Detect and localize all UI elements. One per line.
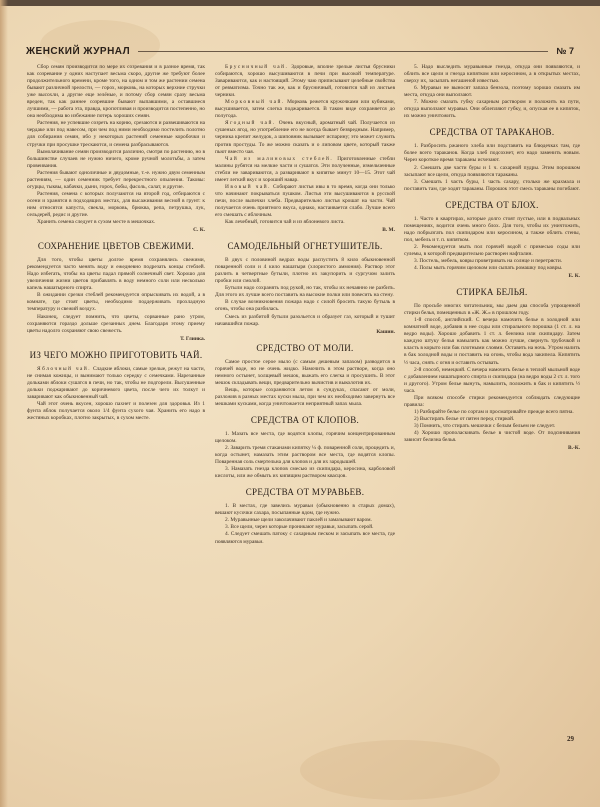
paper-stain bbox=[300, 740, 500, 800]
page-header: ЖЕНСКИЙ ЖУРНАЛ № 7 bbox=[26, 44, 574, 58]
paragraph: Бутыли надо сохранять под рукой, но так,… bbox=[215, 285, 395, 299]
paragraph: 2. Смешать две части буры и 1 ч. сахарно… bbox=[404, 165, 580, 179]
paragraph: Как лечебный, готовится чай и из яблонев… bbox=[215, 219, 395, 226]
bedbugs-article: СРЕДСТВА ОТ КЛОПОВ. 1. Мазать все места,… bbox=[215, 415, 395, 480]
signature: С. К. bbox=[27, 227, 205, 234]
signature: В. М. bbox=[215, 227, 395, 234]
paragraph: 4. Полы мыть горячим щелоком или сыпать … bbox=[404, 265, 580, 272]
paragraph: Хранить семена следует в сухом месте в м… bbox=[27, 219, 205, 226]
magazine-title: ЖЕНСКИЙ ЖУРНАЛ bbox=[26, 46, 130, 57]
signature: В.-К. bbox=[404, 445, 580, 452]
paragraph: 3. Постель, мебель, ковры проветривать н… bbox=[404, 258, 580, 265]
fleas-article: СРЕДСТВА ОТ БЛОХ. 1. Часто в квартирах, … bbox=[404, 200, 580, 280]
paragraph: 1. Мазать все места, где водятся клопы, … bbox=[215, 431, 395, 445]
lead-term: Чай из малиновых стеблей. bbox=[225, 156, 333, 162]
paragraph: Ягодный чай. Очень вкусный, ароматный ча… bbox=[215, 120, 395, 155]
paragraph: 3) Помнить, что стирать мешочки с белым … bbox=[404, 423, 580, 430]
paragraph: Вымолачивание семян производится различн… bbox=[27, 149, 205, 170]
page-number: 29 bbox=[567, 735, 574, 743]
cockroaches-article: СРЕДСТВА ОТ ТАРАКАНОВ. 1. Разбросить ржа… bbox=[404, 127, 580, 192]
paragraph: Растения, не успевшие созреть на корню, … bbox=[27, 120, 205, 148]
paragraph: Растения бывают одноличные и двудомные, … bbox=[27, 170, 205, 191]
article-heading: СРЕДСТВА ОТ МУРАВЬЕВ. bbox=[215, 487, 395, 498]
article-heading: СРЕДСТВА ОТ БЛОХ. bbox=[404, 200, 580, 211]
paragraph: 3. Намазать гнезда клопов смесью из скип… bbox=[215, 466, 395, 480]
lead-term: Ягодный чай. bbox=[225, 120, 276, 126]
seed-article: Сбор семян производится по мере их созре… bbox=[27, 64, 205, 234]
article-heading: ИЗ ЧЕГО МОЖНО ПРИГОТОВИТЬ ЧАЙ. bbox=[27, 350, 205, 361]
paragraph: 4) Хорошо прополаскивать белье в чистой … bbox=[404, 430, 580, 444]
paragraph: 5. Надо выследить муравьиные гнезда, отк… bbox=[404, 64, 580, 85]
signature: Кашин. bbox=[215, 329, 395, 336]
extinguisher-article: САМОДЕЛЬНЫЙ ОГНЕТУШИТЕЛЬ. В двух с полов… bbox=[215, 241, 395, 336]
column-3: 5. Надо выследить муравьиные гнезда, отк… bbox=[404, 64, 580, 456]
laundry-article: СТИРКА БЕЛЬЯ. По просьбе многих читатель… bbox=[404, 287, 580, 452]
ants-article-continued: 5. Надо выследить муравьиные гнезда, отк… bbox=[404, 64, 580, 120]
paragraph: Смесь из разбитой бутыли разольется и об… bbox=[215, 314, 395, 328]
lead-term: Ивовый чай. bbox=[225, 184, 271, 190]
paragraph: Яблочный чай. Сладкие яблоки, самые зрел… bbox=[27, 366, 205, 401]
paragraph: В двух с половиной ведрах воды распустит… bbox=[215, 257, 395, 285]
issue-number: № 7 bbox=[556, 46, 574, 56]
paragraph: Сбор семян производится по мере их созре… bbox=[27, 64, 205, 120]
paragraph: 6. Муравьи не выносят запаха бензола, по… bbox=[404, 85, 580, 99]
moth-article: СРЕДСТВО ОТ МОЛИ. Самое простое серое мы… bbox=[215, 343, 395, 408]
tea-article: ИЗ ЧЕГО МОЖНО ПРИГОТОВИТЬ ЧАЙ. Яблочный … bbox=[27, 350, 205, 422]
paragraph: При всяком способе стирки рекомендуется … bbox=[404, 395, 580, 409]
paragraph: 2) Выстирать белье от пятен перед стирко… bbox=[404, 416, 580, 423]
article-heading: СОХРАНЕНИЕ ЦВЕТОВ СВЕЖИМИ. bbox=[27, 241, 205, 252]
paragraph: 7. Можно смазать губку сахарным растворо… bbox=[404, 99, 580, 120]
article-heading: СТИРКА БЕЛЬЯ. bbox=[404, 287, 580, 298]
page-left-edge bbox=[0, 0, 8, 807]
paragraph: 2. Рекомендуется мыть пол горячей водой … bbox=[404, 244, 580, 258]
signature: Т. Глинка. bbox=[27, 336, 205, 343]
paragraph: Ивовый чай. Собирают листья ивы в то вре… bbox=[215, 184, 395, 219]
lead-term: Брусничный чай. bbox=[225, 64, 288, 70]
lead-term: Морковный чай. bbox=[225, 99, 285, 105]
paragraph: 1-й способ, английский. С вечера намочит… bbox=[404, 317, 580, 366]
paragraph: По просьбе многих читательниц, мы даем д… bbox=[404, 303, 580, 317]
paragraph: 4. Следует смешать патоку с сахарным пес… bbox=[215, 531, 395, 545]
paragraph: В ожидании срезки стеблей рекомендуется … bbox=[27, 292, 205, 313]
article-heading: САМОДЕЛЬНЫЙ ОГНЕТУШИТЕЛЬ. bbox=[215, 241, 395, 252]
paragraph: 1. Разбросить ржаного хлеба или подстави… bbox=[404, 143, 580, 164]
paragraph: Наконец, следует помнить, что цветы, сор… bbox=[27, 314, 205, 335]
paragraph: 1. В местах, где завелись муравьи (обыкн… bbox=[215, 503, 395, 517]
paragraph: Вещь, которые сохраняются летом в сундук… bbox=[215, 387, 395, 408]
article-heading: СРЕДСТВА ОТ ТАРАКАНОВ. bbox=[404, 127, 580, 138]
signature: Е. К. bbox=[404, 273, 580, 280]
article-heading: СРЕДСТВО ОТ МОЛИ. bbox=[215, 343, 395, 354]
paragraph: 1) Разбирайте белье по сортам и просматр… bbox=[404, 409, 580, 416]
column-2: Брусничный чай. Здоровые, вполне зрелые … bbox=[215, 64, 395, 546]
flowers-article: СОХРАНЕНИЕ ЦВЕТОВ СВЕЖИМИ. Для того, что… bbox=[27, 241, 205, 343]
paragraph: Чай из малиновых стеблей. Приготовленные… bbox=[215, 156, 395, 184]
article-heading: СРЕДСТВА ОТ КЛОПОВ. bbox=[215, 415, 395, 426]
paragraph: Растения, семена с которых получаются на… bbox=[27, 191, 205, 219]
paragraph: Для того, чтобы цветы долгое время сохра… bbox=[27, 257, 205, 292]
paragraph: 2. Заварить тремя стаканами кипятку ¼ ф.… bbox=[215, 445, 395, 466]
paragraph: 2-й способ, немецкий. С вечера намочить … bbox=[404, 367, 580, 395]
header-rule bbox=[138, 51, 548, 52]
paragraph: Морковный чай. Морковь режется кружочкам… bbox=[215, 99, 395, 120]
page-top-edge bbox=[0, 0, 600, 6]
paragraph: Самое простое серое мыло (с самым дешевы… bbox=[215, 359, 395, 387]
paragraph: 3. Все щели, через которые проникают мур… bbox=[215, 524, 395, 531]
paragraph: Брусничный чай. Здоровые, вполне зрелые … bbox=[215, 64, 395, 99]
paragraph: В случае возникновения пожара надо с сил… bbox=[215, 299, 395, 313]
paragraph: Чай этот очень вкусен, хорошо пахнет и п… bbox=[27, 401, 205, 422]
paragraph: 3. Смешать 1 часть буры, 1 часть сахару,… bbox=[404, 179, 580, 193]
lead-term: Яблочный чай. bbox=[37, 366, 91, 372]
paragraph: 1. Часто в квартирах, которые долго стоя… bbox=[404, 216, 580, 244]
ants-article: СРЕДСТВА ОТ МУРАВЬЕВ. 1. В местах, где з… bbox=[215, 487, 395, 545]
tea-article-continued: Брусничный чай. Здоровые, вполне зрелые … bbox=[215, 64, 395, 234]
column-1: Сбор семян производится по мере их созре… bbox=[27, 64, 205, 422]
